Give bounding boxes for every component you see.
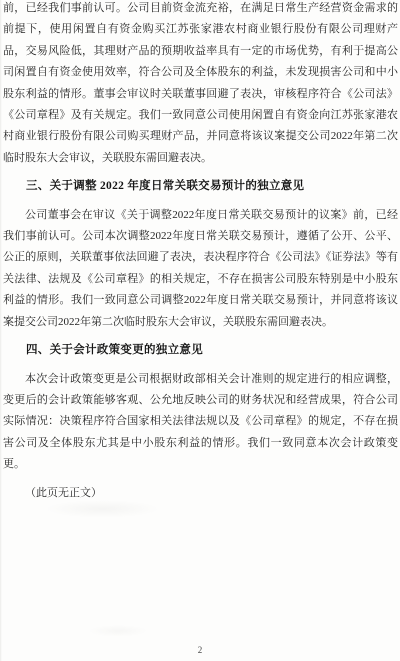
page-number: 2 <box>0 645 400 655</box>
section-3-paragraph: 公司董事会在审议《关于调整2022年度日常关联交易预计的议案》前，已经我们事前认… <box>3 205 398 333</box>
document-page: 前，已经我们事前认可。公司目前资金流充裕，在满足日常生产经营资金需求的前提下，使… <box>0 0 400 661</box>
section-3-heading: 三、关于调整 2022 年度日常关联交易预计的独立意见 <box>3 176 398 197</box>
carryover-paragraph: 前，已经我们事前认可。公司目前资金流充裕，在满足日常生产经营资金需求的前提下，使… <box>3 0 398 169</box>
no-text-notice: （此页无正文） <box>3 483 398 504</box>
section-4-paragraph: 本次会计政策变更是公司根据财政部相关会计准则的规定进行的相应调整，变更后的会计政… <box>3 369 398 476</box>
section-4-heading: 四、关于会计政策变更的独立意见 <box>3 340 398 361</box>
document-body: 前，已经我们事前认可。公司目前资金流充裕，在满足日常生产经营资金需求的前提下，使… <box>3 0 398 504</box>
scan-bleedthrough-artifact-2 <box>88 625 148 637</box>
